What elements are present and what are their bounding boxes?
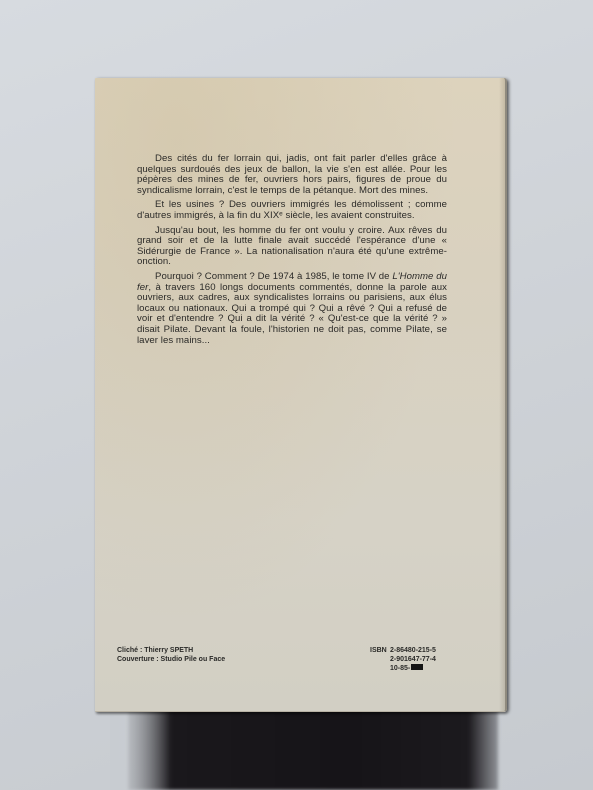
- back-cover-blurb: Des cités du fer lorrain qui, jadis, ont…: [137, 154, 447, 350]
- credits: Cliché : Thierry SPETH Couverture : Stud…: [117, 646, 225, 664]
- book-back-cover: Des cités du fer lorrain qui, jadis, ont…: [95, 78, 507, 712]
- blurb-paragraph: Pourquoi ? Comment ? De 1974 à 1985, le …: [137, 272, 447, 346]
- isbn-number: 2-86480-215-5: [390, 646, 436, 655]
- blurb-text: , à travers 160 longs documents commenté…: [137, 282, 447, 346]
- photo-credit: Cliché : Thierry SPETH: [117, 646, 225, 655]
- shadow-fade: [110, 700, 170, 790]
- isbn-number: 2-901647-77-4: [390, 655, 436, 664]
- isbn-number: 10-85-: [390, 664, 410, 673]
- cover-credit: Couverture : Studio Pile ou Face: [117, 655, 225, 664]
- blurb-paragraph: Des cités du fer lorrain qui, jadis, ont…: [137, 154, 447, 196]
- isbn-label: ISBN: [370, 646, 390, 655]
- redaction-mark: [411, 664, 423, 670]
- blurb-text: Pourquoi ? Comment ? De 1974 à 1985, le …: [155, 271, 392, 282]
- isbn-block: ISBN2-86480-215-5 2-901647-77-4 10-85-: [370, 646, 436, 673]
- blurb-paragraph: Et les usines ? Des ouvriers immigrés le…: [137, 200, 447, 221]
- blurb-paragraph: Jusqu'au bout, les homme du fer ont voul…: [137, 226, 447, 268]
- book-spine-edge: [499, 78, 505, 711]
- dark-object-under-book: [128, 700, 498, 790]
- photo-scene: Des cités du fer lorrain qui, jadis, ont…: [0, 0, 593, 790]
